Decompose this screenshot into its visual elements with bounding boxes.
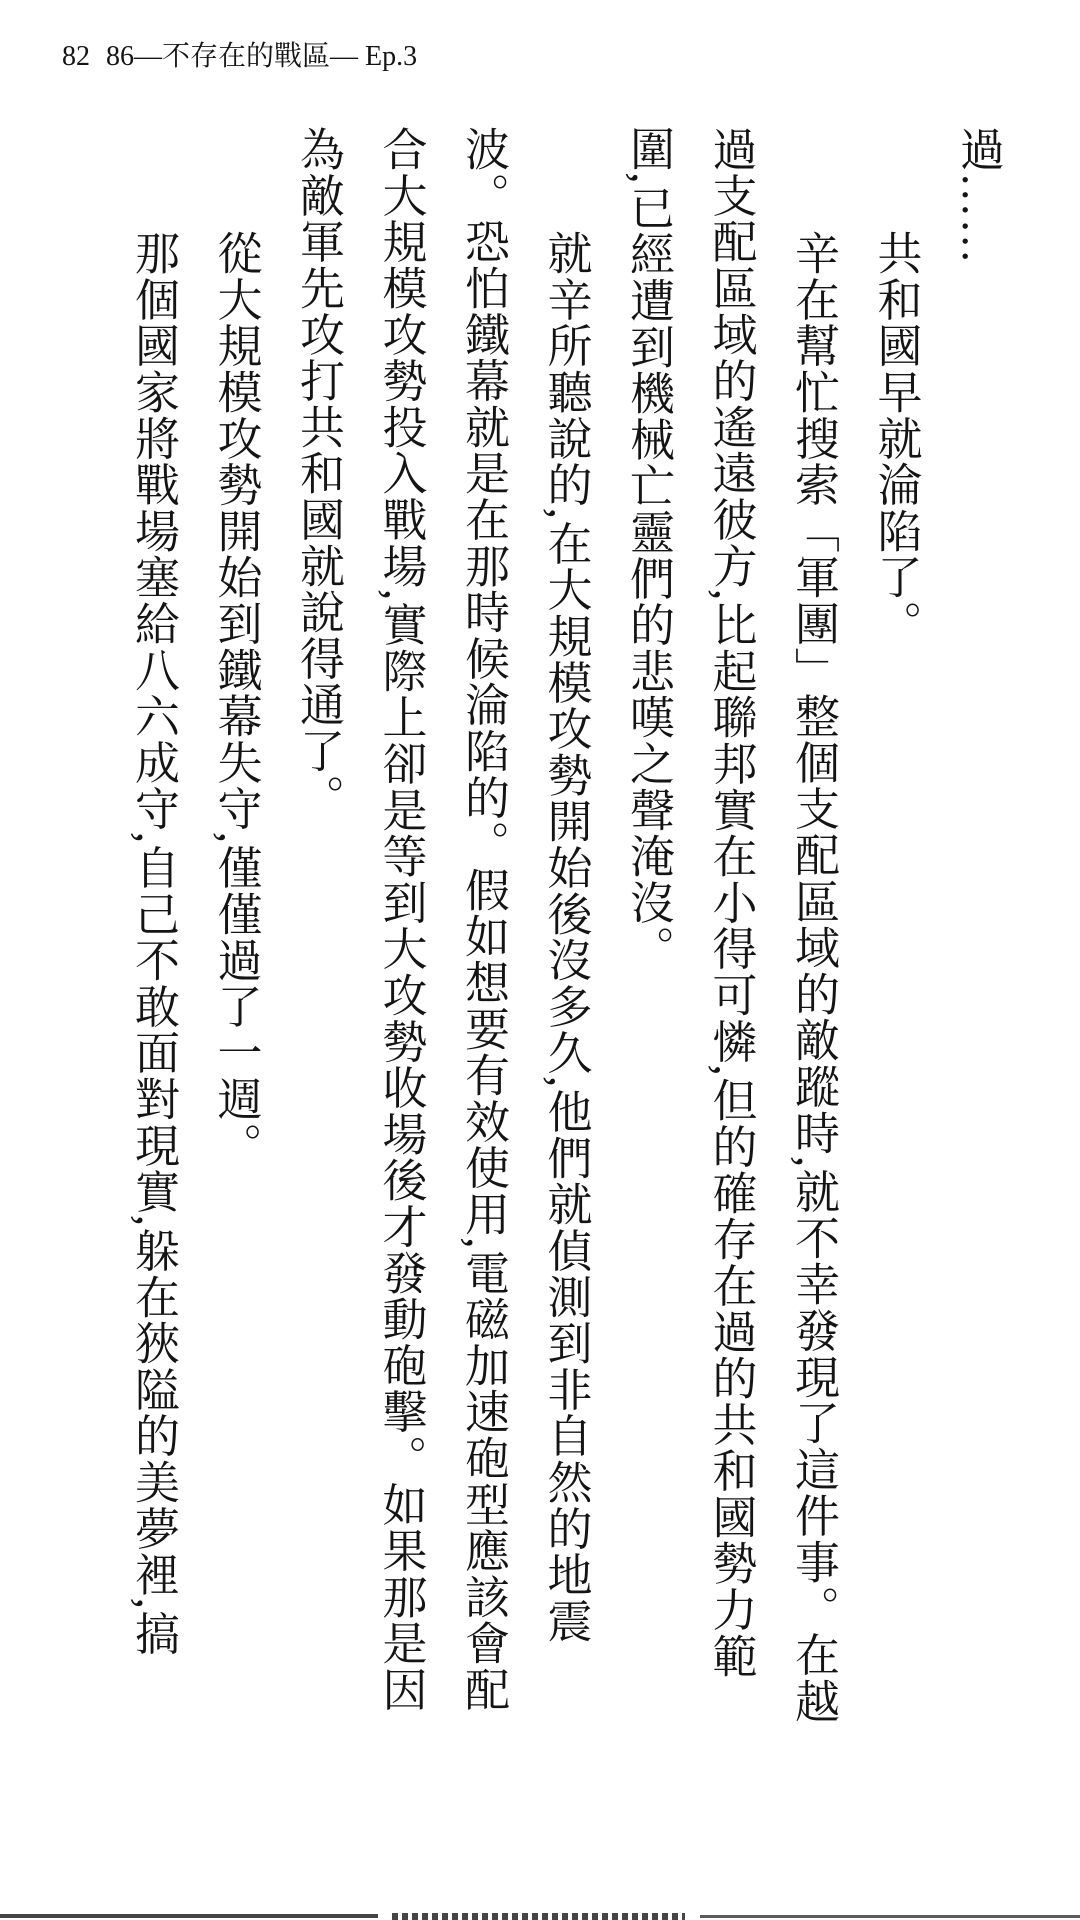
text-line: 波。恐怕鐵幕就是在那時候淪陷的。假如想要有效使用,電磁加速砲型應該會配 bbox=[442, 126, 525, 1758]
text-line: 過支配區域的遙遠彼方,比起聯邦實在小得可憐,但的確存在過的共和國勢力範 bbox=[689, 126, 772, 1758]
text-line: 過…… bbox=[937, 126, 1020, 1758]
page-number: 82 bbox=[62, 41, 90, 72]
footer-progress-bar bbox=[0, 1914, 378, 1918]
text-line: 就辛所聽說的,在大規模攻勢開始後沒多久,他們就偵測到非自然的地震 bbox=[524, 126, 607, 1758]
footer-progress-line bbox=[700, 1915, 1080, 1918]
page-surface[interactable]: { "page": { "number": "82", "book_title"… bbox=[0, 0, 1080, 1920]
text-line: 從大規模攻勢開始到鐵幕失守,僅僅過了一週。 bbox=[194, 126, 277, 1758]
text-line: 那個國家將戰場塞給八六成守,自己不敢面對現實,躲在狹隘的美夢裡,搞 bbox=[112, 126, 195, 1758]
text-line: 辛在幫忙搜索「軍團」整個支配區域的敵蹤時,就不幸發現了這件事。在越 bbox=[772, 126, 855, 1758]
text-line: 為敵軍先攻打共和國就說得通了。 bbox=[277, 126, 360, 1758]
text-line: 合大規模攻勢投入戰場,實際上卻是等到大攻勢收場後才發動砲擊。如果那是因 bbox=[359, 126, 442, 1758]
running-head: 8286—不存在的戰區— Ep.3 bbox=[62, 42, 417, 73]
text-line: 圍,已經遭到機械亡靈們的悲嘆之聲淹沒。 bbox=[607, 126, 690, 1758]
book-title: 86—不存在的戰區— Ep.3 bbox=[106, 41, 417, 72]
text-line: 共和國早就淪陷了。 bbox=[854, 126, 937, 1758]
footer-clipped-text bbox=[392, 1913, 685, 1920]
novel-text-block: 過……共和國早就淪陷了。辛在幫忙搜索「軍團」整個支配區域的敵蹤時,就不幸發現了這… bbox=[112, 126, 1020, 1758]
